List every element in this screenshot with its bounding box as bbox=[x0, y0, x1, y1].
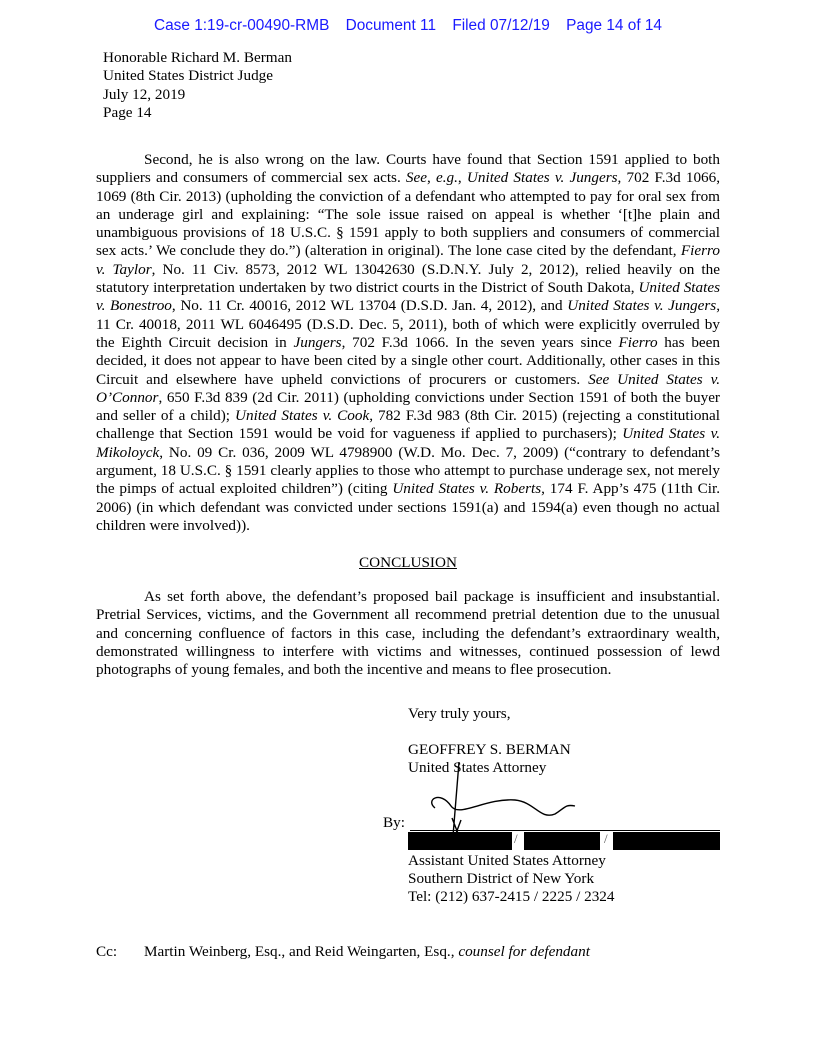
redaction-block bbox=[408, 832, 512, 850]
signer-office: Southern District of New York bbox=[408, 870, 594, 888]
address-block: Honorable Richard M. Berman United State… bbox=[103, 49, 292, 122]
signer-phone: Tel: (212) 637-2415 / 2225 / 2324 bbox=[408, 888, 614, 906]
page-count: Page 14 of 14 bbox=[566, 17, 662, 34]
conclusion-heading: CONCLUSION bbox=[0, 554, 816, 572]
cc-role: counsel for defendant bbox=[458, 943, 590, 960]
cc-label: Cc: bbox=[96, 943, 144, 961]
case-number: Case 1:19-cr-00490-RMB bbox=[154, 17, 329, 34]
cc-recipients: Martin Weinberg, Esq., and Reid Weingart… bbox=[144, 943, 458, 960]
body-paragraph-conclusion: As set forth above, the defendant’s prop… bbox=[96, 588, 720, 679]
separator: / bbox=[604, 831, 608, 847]
addressee-name: Honorable Richard M. Berman bbox=[103, 49, 292, 67]
page-number: Page 14 bbox=[103, 104, 292, 122]
closing: Very truly yours, bbox=[408, 705, 511, 723]
redaction-block bbox=[524, 832, 600, 850]
signatory-name: GEOFFREY S. BERMAN bbox=[408, 741, 571, 759]
signer-role: Assistant United States Attorney bbox=[408, 852, 606, 870]
separator: / bbox=[514, 831, 518, 847]
signature-line bbox=[410, 830, 720, 831]
cc-line: Cc:Martin Weinberg, Esq., and Reid Weing… bbox=[96, 943, 590, 961]
filing-header: Case 1:19-cr-00490-RMB Document 11 Filed… bbox=[0, 17, 816, 35]
redaction-block bbox=[613, 832, 720, 850]
addressee-title: United States District Judge bbox=[103, 67, 292, 85]
paragraph-text: Second, he is also wrong on the law. Cou… bbox=[96, 151, 720, 535]
filed-date: Filed 07/12/19 bbox=[452, 17, 550, 34]
by-label: By: bbox=[383, 814, 405, 832]
letter-date: July 12, 2019 bbox=[103, 86, 292, 104]
document-number: Document 11 bbox=[346, 17, 436, 34]
paragraph-text: As set forth above, the defendant’s prop… bbox=[96, 588, 720, 679]
handwritten-signature bbox=[415, 758, 585, 838]
body-paragraph-law: Second, he is also wrong on the law. Cou… bbox=[96, 151, 720, 535]
